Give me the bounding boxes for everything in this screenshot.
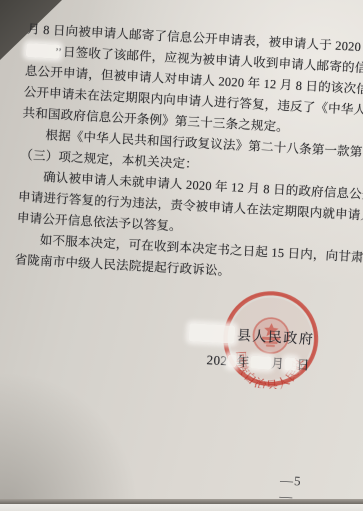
page-number: —5— [279,472,316,506]
redaction-blur [227,354,237,367]
date-year-char: 年 [236,354,250,370]
redaction-blur [250,356,272,370]
document-content: 月 8 日向被申请人邮寄了信息公开申请表，被申请人于 2020 年 日签收了该邮… [2,14,340,510]
signature-authority: 县人民政府 [236,329,314,348]
redaction-blur [26,43,61,59]
redaction-blur [189,323,236,343]
date-year-prefix: 202 [206,352,228,368]
document-body: 月 8 日向被申请人邮寄了信息公开申请表，被申请人于 2020 年 日签收了该邮… [14,19,333,287]
date-month-char: 月 [271,356,285,372]
redaction-blur [284,357,297,371]
date-day-char: 日 [296,357,310,373]
